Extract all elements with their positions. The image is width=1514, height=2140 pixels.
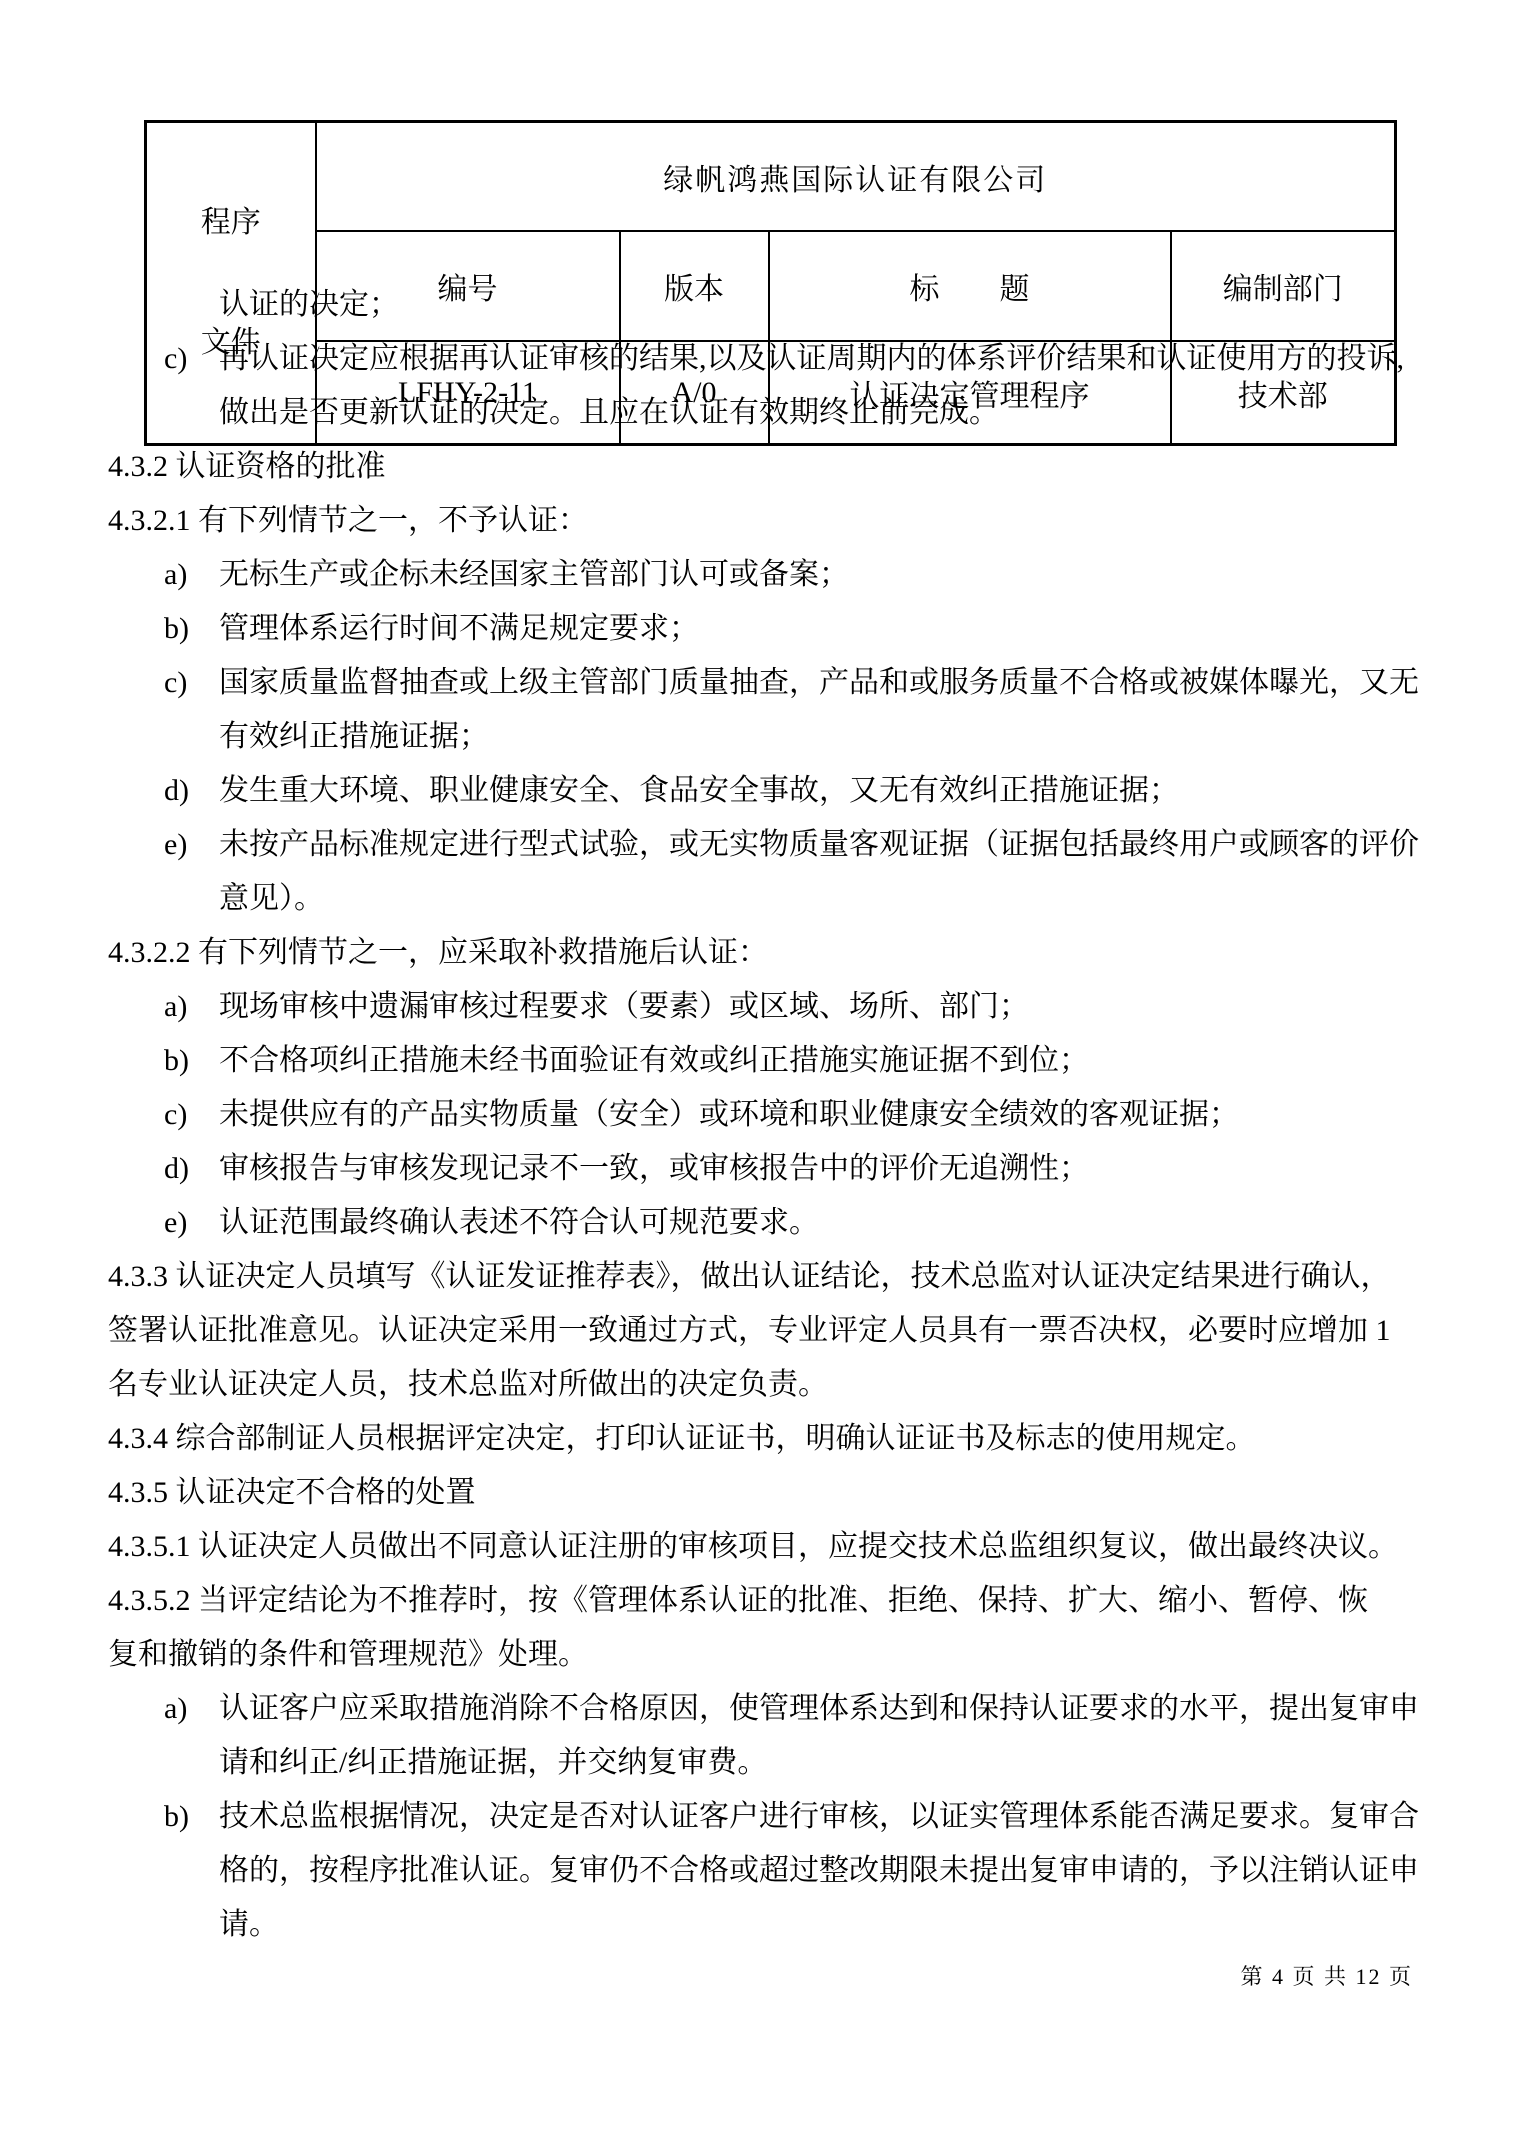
list-item-marker: c)	[164, 656, 219, 710]
list-item-line: c)再认证决定应根据再认证审核的结果,以及认证周期内的体系评价结果和认证使用方的…	[164, 332, 1514, 386]
line-text: 4.3.5.2 当评定结论为不推荐时，按《管理体系认证的批准、拒绝、保持、扩大、…	[108, 1584, 1368, 1617]
list-item-line: b)技术总监根据情况，决定是否对认证客户进行审核，以证实管理体系能否满足要求。复…	[164, 1790, 1514, 1844]
paragraph-line: 4.3.5.2 当评定结论为不推荐时，按《管理体系认证的批准、拒绝、保持、扩大、…	[108, 1574, 1514, 1628]
continuation-line: 做出是否更新认证的决定。且应在认证有效期终止前完成。	[219, 386, 1514, 440]
list-item-line: c)国家质量监督抽查或上级主管部门质量抽查，产品和或服务质量不合格或被媒体曝光，…	[164, 656, 1514, 710]
list-item-line: a)现场审核中遗漏审核过程要求（要素）或区域、场所、部门；	[164, 980, 1514, 1034]
line-text: 4.3.2.2 有下列情节之一，应采取补救措施后认证：	[108, 936, 768, 969]
line-text: 管理体系运行时间不满足规定要求；	[219, 612, 699, 645]
line-text: 4.3.5 认证决定不合格的处置	[108, 1476, 476, 1509]
paragraph-line: 名专业认证决定人员，技术总监对所做出的决定负责。	[108, 1358, 1514, 1412]
line-text: 发生重大环境、职业健康安全、食品安全事故，又无有效纠正措施证据；	[219, 774, 1179, 807]
line-text: 4.3.2 认证资格的批准	[108, 450, 386, 483]
line-text: 技术总监根据情况，决定是否对认证客户进行审核，以证实管理体系能否满足要求。复审合	[219, 1800, 1419, 1833]
line-text: 意见）。	[219, 882, 324, 915]
line-text: 格的，按程序批准认证。复审仍不合格或超过整改期限未提出复审申请的，予以注销认证申	[219, 1854, 1419, 1887]
paragraph-line: 4.3.5.1 认证决定人员做出不同意认证注册的审核项目，应提交技术总监组织复议…	[108, 1520, 1514, 1574]
line-text: 请和纠正/纠正措施证据，并交纳复审费。	[219, 1746, 767, 1779]
list-item-line: e)认证范围最终确认表述不符合认可规范要求。	[164, 1196, 1514, 1250]
list-item-marker: d)	[164, 1142, 219, 1196]
list-item-marker: a)	[164, 1682, 219, 1736]
line-text: 认证客户应采取措施消除不合格原因，使管理体系达到和保持认证要求的水平，提出复审申	[219, 1692, 1419, 1725]
continuation-line: 认证的决定；	[219, 278, 1514, 332]
line-text: 审核报告与审核发现记录不一致，或审核报告中的评价无追溯性；	[219, 1152, 1089, 1185]
line-text: 再认证决定应根据再认证审核的结果,以及认证周期内的体系评价结果和认证使用方的投诉…	[219, 342, 1404, 375]
line-text: 国家质量监督抽查或上级主管部门质量抽查，产品和或服务质量不合格或被媒体曝光，又无	[219, 666, 1419, 699]
list-item-line: d)发生重大环境、职业健康安全、食品安全事故，又无有效纠正措施证据；	[164, 764, 1514, 818]
paragraph-line: 4.3.2.1 有下列情节之一，不予认证：	[108, 494, 1514, 548]
line-text: 4.3.4 综合部制证人员根据评定决定，打印认证证书，明确认证证书及标志的使用规…	[108, 1422, 1256, 1455]
paragraph-line: 4.3.2.2 有下列情节之一，应采取补救措施后认证：	[108, 926, 1514, 980]
list-item-line: a)无标生产或企标未经国家主管部门认可或备案；	[164, 548, 1514, 602]
line-text: 不合格项纠正措施未经书面验证有效或纠正措施实施证据不到位；	[219, 1044, 1089, 1077]
list-item-line: d)审核报告与审核发现记录不一致，或审核报告中的评价无追溯性；	[164, 1142, 1514, 1196]
list-item-marker: b)	[164, 1790, 219, 1844]
list-item-marker: d)	[164, 764, 219, 818]
line-text: 无标生产或企标未经国家主管部门认可或备案；	[219, 558, 849, 591]
document-body: 认证的决定；c)再认证决定应根据再认证审核的结果,以及认证周期内的体系评价结果和…	[0, 278, 1514, 1952]
paragraph-line: 签署认证批准意见。认证决定采用一致通过方式，专业评定人员具有一票否决权，必要时应…	[108, 1304, 1514, 1358]
paragraph-line: 复和撤销的条件和管理规范》处理。	[108, 1628, 1514, 1682]
document-page: 程序 文件 绿帆鸿燕国际认证有限公司 编号 版本 标 题 编制部门 LFHY-2…	[0, 0, 1514, 2140]
line-text: 未提供应有的产品实物质量（安全）或环境和职业健康安全绩效的客观证据；	[219, 1098, 1239, 1131]
list-item-marker: e)	[164, 1196, 219, 1250]
list-item-line: a)认证客户应采取措施消除不合格原因，使管理体系达到和保持认证要求的水平，提出复…	[164, 1682, 1514, 1736]
line-text: 未按产品标准规定进行型式试验，或无实物质量客观证据（证据包括最终用户或顾客的评价	[219, 828, 1419, 861]
list-item-marker: e)	[164, 818, 219, 872]
paragraph-line: 4.3.2 认证资格的批准	[108, 440, 1514, 494]
paragraph-line: 4.3.5 认证决定不合格的处置	[108, 1466, 1514, 1520]
list-item-marker: a)	[164, 980, 219, 1034]
continuation-line: 意见）。	[219, 872, 1514, 926]
list-item-line: e)未按产品标准规定进行型式试验，或无实物质量客观证据（证据包括最终用户或顾客的…	[164, 818, 1514, 872]
list-item-marker: b)	[164, 602, 219, 656]
line-text: 有效纠正措施证据；	[219, 720, 489, 753]
continuation-line: 格的，按程序批准认证。复审仍不合格或超过整改期限未提出复审申请的，予以注销认证申	[219, 1844, 1514, 1898]
line-text: 认证的决定；	[219, 288, 399, 321]
line-text: 做出是否更新认证的决定。且应在认证有效期终止前完成。	[219, 396, 999, 429]
continuation-line: 请。	[219, 1898, 1514, 1952]
continuation-line: 请和纠正/纠正措施证据，并交纳复审费。	[219, 1736, 1514, 1790]
list-item-marker: a)	[164, 548, 219, 602]
list-item-marker: c)	[164, 332, 219, 386]
line-text: 4.3.5.1 认证决定人员做出不同意认证注册的审核项目，应提交技术总监组织复议…	[108, 1530, 1398, 1563]
line-text: 名专业认证决定人员，技术总监对所做出的决定负责。	[108, 1368, 828, 1401]
page-footer: 第 4 页 共 12 页	[1240, 1960, 1413, 1991]
paragraph-line: 4.3.3 认证决定人员填写《认证发证推荐表》，做出认证结论，技术总监对认证决定…	[108, 1250, 1514, 1304]
continuation-line: 有效纠正措施证据；	[219, 710, 1514, 764]
line-text: 现场审核中遗漏审核过程要求（要素）或区域、场所、部门；	[219, 990, 1029, 1023]
doc-type-line1: 程序	[147, 203, 315, 243]
line-text: 4.3.2.1 有下列情节之一，不予认证：	[108, 504, 588, 537]
line-text: 复和撤销的条件和管理规范》处理。	[108, 1638, 588, 1671]
line-text: 4.3.3 认证决定人员填写《认证发证推荐表》，做出认证结论，技术总监对认证决定…	[108, 1260, 1391, 1293]
paragraph-line: 4.3.4 综合部制证人员根据评定决定，打印认证证书，明确认证证书及标志的使用规…	[108, 1412, 1514, 1466]
company-name: 绿帆鸿燕国际认证有限公司	[316, 122, 1396, 232]
line-text: 请。	[219, 1908, 279, 1941]
list-item-line: c)未提供应有的产品实物质量（安全）或环境和职业健康安全绩效的客观证据；	[164, 1088, 1514, 1142]
list-item-line: b)管理体系运行时间不满足规定要求；	[164, 602, 1514, 656]
list-item-marker: b)	[164, 1034, 219, 1088]
line-text: 签署认证批准意见。认证决定采用一致通过方式，专业评定人员具有一票否决权，必要时应…	[108, 1314, 1391, 1347]
line-text: 认证范围最终确认表述不符合认可规范要求。	[219, 1206, 819, 1239]
list-item-line: b)不合格项纠正措施未经书面验证有效或纠正措施实施证据不到位；	[164, 1034, 1514, 1088]
list-item-marker: c)	[164, 1088, 219, 1142]
